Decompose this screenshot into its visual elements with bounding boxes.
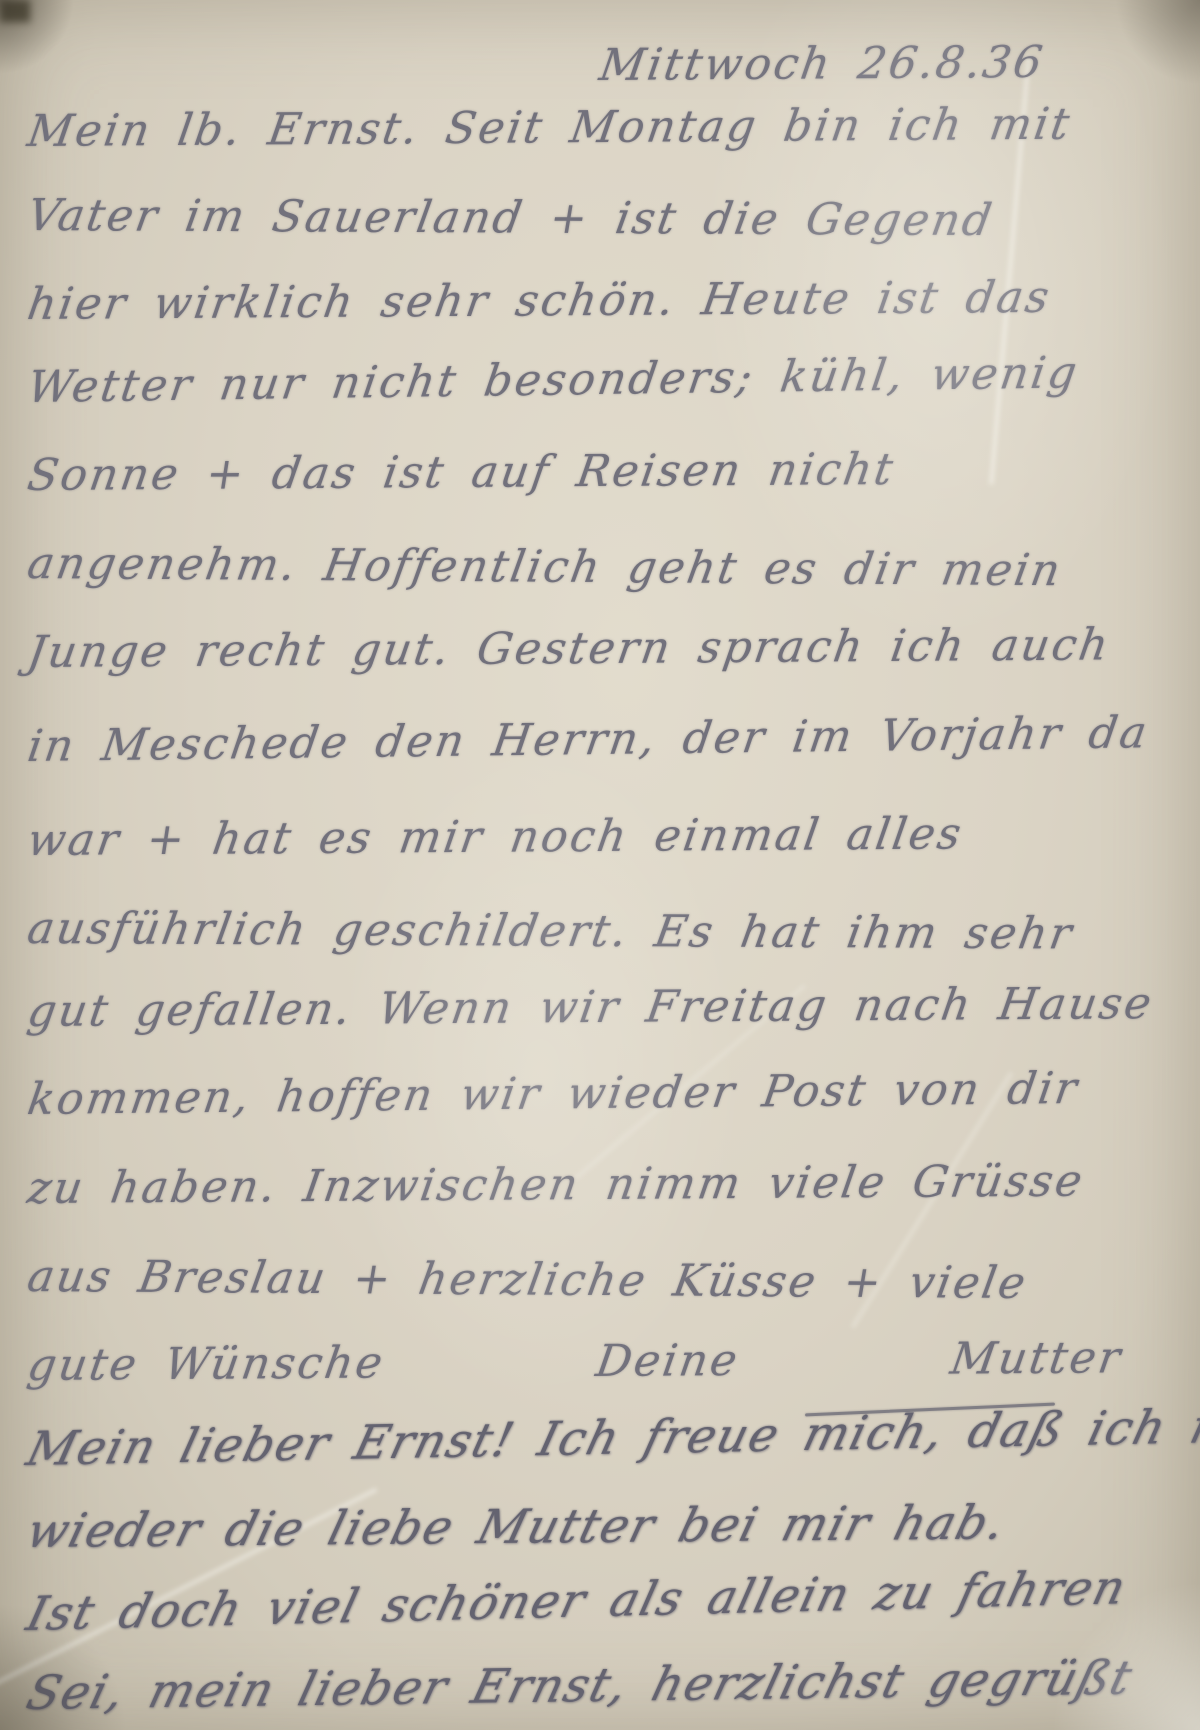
letter-line: Sonne + das ist auf Reisen nicht bbox=[24, 446, 898, 500]
letter-line: Mein lieber Ernst! Ich freue mich, daß i… bbox=[22, 1400, 1200, 1476]
scan-corner-smudge bbox=[0, 0, 30, 22]
letter-page: Mittwoch 26.8.36 Mein lb. Ernst. Seit Mo… bbox=[0, 0, 1200, 1730]
letter-line: war + hat es mir noch einmal alles bbox=[24, 810, 966, 865]
letter-line: gut gefallen. Wenn wir Freitag nach Haus… bbox=[24, 980, 1156, 1036]
letter-line: Wetter nur nicht besonders; kühl, wenig bbox=[25, 349, 1082, 412]
letter-line: Sei, mein lieber Ernst, herzlichst gegrü… bbox=[21, 1653, 1138, 1720]
letter-line: wieder die liebe Mutter bei mir hab. bbox=[21, 1497, 1011, 1557]
letter-line: Vater im Sauerland + ist die Gegend bbox=[24, 192, 997, 245]
letter-line: zu haben. Inzwischen nimm viele Grüsse bbox=[24, 1158, 1087, 1214]
letter-line: gute Wünsche Deine Mutter bbox=[24, 1334, 1125, 1390]
letter-line: Ist doch viel schöner als allein zu fahr… bbox=[22, 1562, 1132, 1640]
letter-line: Mein lb. Ernst. Seit Montag bin ich mit bbox=[24, 101, 1074, 157]
letter-line: in Meschede den Herrn, der im Vorjahr da bbox=[24, 709, 1152, 771]
letter-line: angenehm. Hoffentlich geht es dir mein bbox=[24, 540, 1066, 596]
letter-dateline: Mittwoch 26.8.36 bbox=[596, 39, 1047, 90]
letter-line: Junge recht gut. Gestern sprach ich auch bbox=[24, 621, 1113, 677]
letter-line: kommen, hoffen wir wieder Post von dir bbox=[24, 1065, 1082, 1124]
letter-line: aus Breslau + herzliche Küsse + viele bbox=[24, 1253, 1031, 1308]
letter-line: ausführlich geschildert. Es hat ihm sehr bbox=[24, 905, 1077, 959]
letter-line: hier wirklich sehr schön. Heute ist das bbox=[24, 274, 1054, 330]
